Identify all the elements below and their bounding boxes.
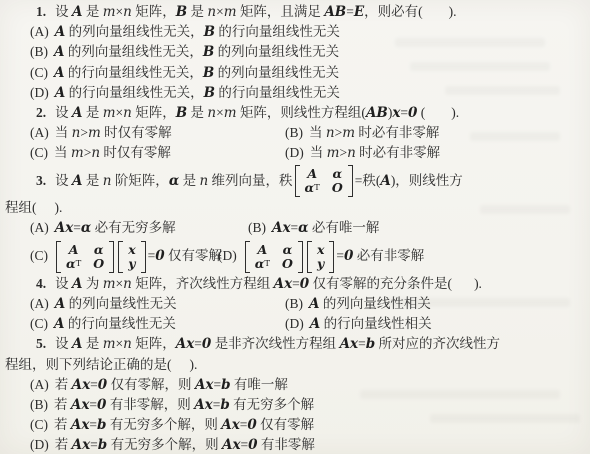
- math-var: n: [199, 173, 208, 189]
- text-run: 是: [179, 173, 199, 188]
- text-run: 必有非零解: [353, 248, 424, 263]
- question-3-stem-continuation: 程组().: [0, 198, 590, 218]
- question-3-option-c: (C)AααTOxy=0 仅有零解: [30, 238, 218, 274]
- math-var: A: [55, 296, 65, 312]
- right-bracket: [348, 165, 353, 197]
- text-run: 有非零解: [258, 437, 315, 452]
- text-run: 矩阵，且满足: [237, 4, 325, 19]
- math-var: m: [224, 4, 237, 20]
- text-run: =: [213, 377, 221, 392]
- matrix: xy: [118, 241, 145, 273]
- text-run: 矩阵，: [132, 105, 176, 120]
- question-1-text: 设 A 是 m×n 矩阵，B 是 n×m 矩阵，且满足 AB=E，则必有().: [55, 4, 456, 19]
- math-var: A: [72, 105, 82, 121]
- math-var: B: [176, 105, 187, 121]
- text-run: 有唯一解: [231, 377, 288, 392]
- math-var: A: [72, 4, 82, 20]
- question-2-option-c: (C)当 m>n 时仅有零解: [30, 143, 285, 163]
- option-d-text: 当 m>n 时必有非零解: [310, 145, 440, 160]
- math-var: m: [342, 125, 355, 141]
- option-a-label: (A): [30, 125, 49, 140]
- right-bracket: [329, 241, 334, 273]
- text-run: 的行向量组线性无关，: [65, 85, 203, 100]
- math-var: Ax: [176, 336, 195, 352]
- text-run: 若: [54, 397, 71, 412]
- right-bracket: [141, 241, 146, 273]
- math-var: n: [123, 276, 132, 292]
- question-2-option-a: (A)当 n>m 时仅有零解: [30, 123, 285, 143]
- text-run: ).: [449, 4, 457, 19]
- text-run: 若: [54, 417, 71, 432]
- question-3-stem: 3.设 A 是 n 阶矩阵，α 是 n 维列向量，秩AααTO=秩(A)，则线性…: [0, 164, 590, 198]
- matrix-cell: y: [128, 257, 135, 271]
- option-c-label: (C): [30, 145, 48, 160]
- option-d-label: (D): [218, 248, 237, 263]
- option-d-text: A 的行向量组线性无关，B 的行向量组线性无关: [55, 85, 340, 100]
- math-var: Ax: [222, 437, 241, 453]
- text-run: 的行向量线性相关: [320, 316, 431, 331]
- matrix-grid: xy: [312, 241, 329, 273]
- math-var: A: [54, 65, 64, 81]
- math-var: Ax: [272, 220, 291, 236]
- text-run: =: [89, 417, 97, 432]
- math-var: n: [207, 4, 216, 20]
- question-4-option-c: (C)A 的行向量线性无关: [30, 314, 285, 334]
- option-c-text: 若 Ax=b 有无穷多个解，则 Ax=0 仅有零解: [54, 417, 314, 432]
- question-4-stem: 4.设 A 为 m×n 矩阵，齐次线性方程组 Ax=0 仅有零解的充分条件是()…: [0, 274, 590, 294]
- text-run: (: [417, 105, 425, 120]
- question-4-option-d: (D)A 的行向量线性相关: [285, 314, 432, 334]
- math-var: A: [309, 296, 319, 312]
- math-var: n: [326, 125, 335, 141]
- question-5-option-d: (D)若 Ax=b 有无穷多个解，则 Ax=0 有非零解: [0, 435, 590, 454]
- question-1-option-a: (A)A 的列向量组线性无关，B 的行向量组线性无关: [0, 22, 590, 42]
- question-5-text: 设 A 是 m×n 矩阵，Ax=0 是非齐次线性方程组 Ax=b 所对应的齐次线…: [55, 336, 500, 351]
- option-a-text: 当 n>m 时仅有零解: [55, 125, 172, 140]
- text-run: ×: [216, 4, 224, 19]
- matrix-grid: xy: [123, 241, 140, 273]
- math-var: m: [103, 4, 116, 20]
- math-var: m: [327, 145, 340, 161]
- text-run: 的列向量线性相关: [319, 296, 430, 311]
- option-d-label: (D): [285, 145, 304, 160]
- math-var: Ax: [55, 220, 74, 236]
- math-var: α: [298, 220, 308, 236]
- text-run: >: [80, 125, 88, 140]
- matrix: AααTO: [245, 241, 303, 273]
- question-4-option-b: (B)A 的列向量线性相关: [285, 294, 431, 314]
- math-var: B: [204, 24, 215, 40]
- option-a-label: (A): [30, 220, 49, 235]
- text-run: 设: [55, 105, 72, 120]
- math-var: Ax: [72, 437, 91, 453]
- text-run: ).: [190, 357, 198, 372]
- option-c-text: A 的行向量组线性无关，B 的列向量组线性无关: [54, 65, 339, 80]
- text-run: 是: [82, 4, 102, 19]
- question-3-number: 3.: [36, 173, 46, 188]
- text-run: 时仅有零解: [101, 125, 172, 140]
- question-3-options-row-ab: (A)Ax=α 必有无穷多解 (B)Ax=α 必有唯一解: [0, 218, 590, 238]
- question-5-number: 5.: [36, 336, 46, 351]
- text-run: 矩阵，齐次线性方程组: [132, 276, 274, 291]
- text-run: 矩阵，: [132, 4, 176, 19]
- question-5-text-continuation: 程组，则下列结论正确的是().: [5, 357, 197, 372]
- question-5-option-c: (C)若 Ax=b 有无穷多个解，则 Ax=0 仅有零解: [0, 415, 590, 435]
- math-var: B: [204, 85, 215, 101]
- text-run: 仅有零解的充分条件是(: [309, 276, 452, 291]
- matrix-cell: A: [66, 243, 81, 257]
- text-run: =: [73, 220, 81, 235]
- option-b-label: (B): [285, 125, 303, 140]
- text-run: =: [400, 105, 408, 120]
- option-b-text: 若 Ax=0 有非零解，则 Ax=b 有无穷多个解: [54, 397, 314, 412]
- text-run: =: [89, 397, 97, 412]
- text-run: 有无穷多个解: [230, 397, 314, 412]
- math-var: n: [207, 105, 216, 121]
- question-4-text: 设 A 为 m×n 矩阵，齐次线性方程组 Ax=0 仅有零解的充分条件是().: [55, 276, 482, 291]
- text-run: =: [358, 336, 366, 351]
- text-run: 是: [82, 105, 102, 120]
- matrix-cell: α: [282, 243, 293, 257]
- text-run: 的列向量组线性无关: [214, 44, 339, 59]
- math-var: Ax: [340, 336, 359, 352]
- math-var: 0: [202, 336, 211, 352]
- matrix-grid: AααTO: [250, 241, 298, 273]
- question-3-option-d: (D)AααTOxy=0 必有非零解: [218, 238, 424, 274]
- question-3-option-b: (B)Ax=α 必有唯一解: [248, 218, 379, 238]
- option-c-label: (C): [30, 316, 48, 331]
- text-run: 若: [55, 377, 72, 392]
- option-c-text: A 的行向量线性无关: [54, 316, 176, 331]
- math-var: E: [354, 4, 364, 20]
- option-c-label: (C): [30, 417, 48, 432]
- option-c-text: 当 m>n 时仅有零解: [54, 145, 171, 160]
- question-2-options-row-cd: (C)当 m>n 时仅有零解 (D)当 m>n 时必有非零解: [0, 143, 590, 163]
- math-var: B: [176, 4, 187, 20]
- text-run: )，则线性方: [391, 173, 463, 188]
- scanned-exam-page: 1.设 A 是 m×n 矩阵，B 是 n×m 矩阵，且满足 AB=E，则必有()…: [0, 0, 590, 454]
- text-run: =: [241, 437, 249, 452]
- math-var: 0: [98, 377, 107, 393]
- matrix-cell: A: [305, 167, 320, 181]
- text-run: 矩阵，: [132, 336, 176, 351]
- math-var: A: [55, 85, 65, 101]
- text-run: 的列向量组线性无关，: [64, 44, 202, 59]
- option-b-text: A 的列向量线性相关: [309, 296, 431, 311]
- question-5-option-b: (B)若 Ax=0 有非零解，则 Ax=b 有无穷多个解: [0, 395, 590, 415]
- question-4-number: 4.: [36, 276, 46, 291]
- math-var: b: [220, 397, 229, 413]
- math-var: Ax: [71, 397, 90, 413]
- text-run: =: [336, 248, 344, 263]
- text-run: =: [291, 220, 299, 235]
- text-run: 设: [55, 276, 72, 291]
- math-var: n: [123, 105, 132, 121]
- matrix-cell: αT: [255, 257, 270, 271]
- text-run: 程组，则下列结论正确的是(: [5, 357, 172, 372]
- text-run: =: [90, 437, 98, 452]
- matrix: xy: [307, 241, 334, 273]
- text-run: 所对应的齐次线性方: [375, 336, 500, 351]
- question-3-text: 设 A 是 n 阶矩阵，α 是 n 维列向量，秩AααTO=秩(A)，则线性方: [55, 173, 463, 188]
- option-a-text: 若 Ax=0 仅有零解，则 Ax=b 有唯一解: [55, 377, 288, 392]
- text-run: 当: [55, 125, 72, 140]
- option-b-text: A 的列向量组线性无关，B 的列向量组线性无关: [54, 44, 339, 59]
- text-run: 有无穷多个解，则: [106, 417, 221, 432]
- matrix-grid: AααTO: [300, 165, 348, 197]
- matrix-cell: O: [282, 257, 293, 271]
- math-var: Ax: [71, 417, 90, 433]
- matrix-cell: O: [332, 181, 343, 195]
- math-var: B: [203, 65, 214, 81]
- math-var: A: [310, 316, 320, 332]
- math-var: A: [55, 24, 65, 40]
- right-bracket: [109, 241, 114, 273]
- math-var: 0: [155, 248, 164, 264]
- math-var: A: [72, 276, 82, 292]
- text-run: 时仅有零解: [100, 145, 171, 160]
- question-3-options-row-cd: (C)AααTOxy=0 仅有零解 (D)AααTOxy=0 必有非零解: [0, 238, 590, 274]
- matrix-grid: AααTO: [61, 241, 109, 273]
- text-run: 是: [187, 4, 207, 19]
- matrix-cell: α: [93, 243, 104, 257]
- math-var: n: [123, 4, 132, 20]
- text-run: 是: [187, 105, 207, 120]
- question-3-text-continuation: 程组().: [5, 200, 62, 215]
- math-var: n: [91, 145, 100, 161]
- text-run: 当: [309, 125, 326, 140]
- question-3-option-a: (A)Ax=α 必有无穷多解: [30, 218, 248, 238]
- text-run: ).: [55, 200, 63, 215]
- option-a-text: A 的列向量组线性无关，B 的行向量组线性无关: [55, 24, 340, 39]
- math-var: AB: [324, 4, 346, 20]
- matrix: AααTO: [56, 241, 114, 273]
- option-d-text: A 的行向量线性相关: [310, 316, 432, 331]
- math-var: A: [54, 316, 64, 332]
- option-c-label: (C): [30, 65, 48, 80]
- math-var: m: [103, 336, 116, 352]
- question-5-stem: 5.设 A 是 m×n 矩阵，Ax=0 是非齐次线性方程组 Ax=b 所对应的齐…: [0, 334, 590, 354]
- question-1-option-c: (C)A 的行向量组线性无关，B 的列向量组线性无关: [0, 63, 590, 83]
- text-run: 仅有零解，则: [107, 377, 195, 392]
- question-5-option-a: (A)若 Ax=0 仅有零解，则 Ax=b 有唯一解: [0, 375, 590, 395]
- text-run: 必有唯一解: [309, 220, 380, 235]
- matrix-cell: αT: [305, 181, 320, 195]
- math-var: b: [366, 336, 375, 352]
- text-run: 设: [55, 173, 72, 188]
- matrix-cell: αT: [66, 257, 81, 271]
- matrix-cell: y: [317, 257, 324, 271]
- math-var: 0: [248, 437, 257, 453]
- option-a-text: A 的列向量线性无关: [55, 296, 177, 311]
- text-run: 仅有零解: [257, 417, 314, 432]
- question-2-number: 2.: [36, 105, 46, 120]
- text-run: 矩阵，则线性方程组(: [237, 105, 366, 120]
- option-d-label: (D): [30, 437, 49, 452]
- math-var: Ax: [274, 276, 293, 292]
- matrix-cell: α: [332, 167, 343, 181]
- text-run: 是非齐次线性方程组: [211, 336, 339, 351]
- math-var: m: [103, 276, 116, 292]
- option-b-label: (B): [285, 296, 303, 311]
- text-run: 设: [55, 336, 72, 351]
- text-run: 当: [54, 145, 71, 160]
- math-var: α: [81, 220, 91, 236]
- math-var: Ax: [195, 377, 214, 393]
- text-run: 的列向量组线性无关: [214, 65, 339, 80]
- math-var: b: [98, 437, 107, 453]
- option-b-label: (B): [248, 220, 266, 235]
- text-run: 设: [55, 4, 72, 19]
- text-run: 是: [82, 336, 102, 351]
- text-run: 必有无穷多解: [91, 220, 175, 235]
- text-run: 有非零解，则: [106, 397, 194, 412]
- question-1-stem: 1.设 A 是 m×n 矩阵，B 是 n×m 矩阵，且满足 AB=E，则必有()…: [0, 2, 590, 22]
- matrix-cell: O: [93, 257, 104, 271]
- option-a-label: (A): [30, 296, 49, 311]
- text-run: >: [339, 145, 347, 160]
- text-run: =秩(: [355, 173, 381, 188]
- text-run: 是: [82, 173, 102, 188]
- math-var: 0: [247, 417, 256, 433]
- question-4-options-row-ab: (A)A 的列向量线性无关 (B)A 的列向量线性相关: [0, 294, 590, 314]
- matrix-cell: A: [255, 243, 270, 257]
- math-var: n: [347, 145, 356, 161]
- text-run: 的行向量组线性无关，: [64, 65, 202, 80]
- math-var: n: [123, 336, 132, 352]
- text-run: 当: [310, 145, 327, 160]
- question-2-option-b: (B)当 n>m 时必有非零解: [285, 123, 439, 143]
- question-2-stem: 2.设 A 是 m×n 矩阵，B 是 n×m 矩阵，则线性方程组(AB)x=0 …: [0, 103, 590, 123]
- text-run: =: [292, 276, 300, 291]
- option-c-text: AααTOxy=0 仅有零解: [54, 248, 222, 263]
- option-a-label: (A): [30, 24, 49, 39]
- math-var: m: [88, 125, 101, 141]
- text-run: =: [90, 377, 98, 392]
- right-bracket: [298, 241, 303, 273]
- option-b-text: 当 n>m 时必有非零解: [309, 125, 439, 140]
- option-d-text: AααTOxy=0 必有非零解: [243, 248, 425, 263]
- text-run: 维列向量，秩: [208, 173, 292, 188]
- math-var: AB: [366, 105, 388, 121]
- text-run: 的列向量线性无关: [65, 296, 176, 311]
- option-b-label: (B): [30, 44, 48, 59]
- text-run: 仅有零解: [165, 248, 222, 263]
- question-5-stem-continuation: 程组，则下列结论正确的是().: [0, 355, 590, 375]
- text-run: 时必有非零解: [356, 145, 440, 160]
- text-run: 时必有非零解: [355, 125, 439, 140]
- text-run: ).: [474, 276, 482, 291]
- question-1-number: 1.: [36, 4, 46, 19]
- option-a-label: (A): [30, 377, 49, 392]
- math-var: 0: [300, 276, 309, 292]
- math-var: A: [54, 44, 64, 60]
- question-4-option-a: (A)A 的列向量线性无关: [30, 294, 285, 314]
- math-var: A: [380, 173, 390, 189]
- question-2-text: 设 A 是 m×n 矩阵，B 是 n×m 矩阵，则线性方程组(AB)x=0 ()…: [55, 105, 459, 120]
- math-var: m: [224, 105, 237, 121]
- matrix-cell: x: [128, 243, 135, 257]
- math-var: m: [71, 145, 84, 161]
- text-run: 若: [55, 437, 72, 452]
- question-1-option-d: (D)A 的行向量组线性无关，B 的行向量组线性无关: [0, 83, 590, 103]
- math-var: m: [103, 105, 116, 121]
- text-run: 的列向量组线性无关，: [65, 24, 203, 39]
- option-c-label: (C): [30, 248, 48, 263]
- question-2-option-d: (D)当 m>n 时必有非零解: [285, 143, 440, 163]
- text-run: 程组(: [5, 200, 37, 215]
- math-var: 0: [344, 248, 353, 264]
- text-run: =: [194, 336, 202, 351]
- question-4-options-row-cd: (C)A 的行向量线性无关 (D)A 的行向量线性相关: [0, 314, 590, 334]
- math-var: 0: [408, 105, 417, 121]
- text-run: 的行向量组线性无关: [215, 24, 340, 39]
- math-var: A: [72, 173, 82, 189]
- option-b-label: (B): [30, 397, 48, 412]
- option-d-label: (D): [285, 316, 304, 331]
- option-b-text: Ax=α 必有唯一解: [272, 220, 379, 235]
- text-run: 有无穷多个解，则: [107, 437, 222, 452]
- math-var: α: [169, 173, 179, 189]
- math-var: b: [221, 377, 230, 393]
- math-var: Ax: [72, 377, 91, 393]
- text-run: ).: [451, 105, 459, 120]
- text-run: 的行向量线性无关: [64, 316, 175, 331]
- matrix-cell: x: [317, 243, 324, 257]
- text-run: ，则必有(: [364, 4, 423, 19]
- text-run: 阶矩阵，: [111, 173, 168, 188]
- text-run: 的行向量组线性无关: [215, 85, 340, 100]
- option-d-label: (D): [30, 85, 49, 100]
- matrix: AααTO: [295, 165, 353, 197]
- text-run: ×: [216, 105, 224, 120]
- option-d-text: 若 Ax=b 有无穷多个解，则 Ax=0 有非零解: [55, 437, 315, 452]
- math-var: Ax: [194, 397, 213, 413]
- math-var: B: [203, 44, 214, 60]
- page-content: 1.设 A 是 m×n 矩阵，B 是 n×m 矩阵，且满足 AB=E，则必有()…: [0, 0, 590, 454]
- text-run: =: [346, 4, 354, 19]
- question-2-options-row-ab: (A)当 n>m 时仅有零解 (B)当 n>m 时必有非零解: [0, 123, 590, 143]
- option-a-text: Ax=α 必有无穷多解: [55, 220, 176, 235]
- question-1-option-b: (B)A 的列向量组线性无关，B 的列向量组线性无关: [0, 42, 590, 62]
- math-var: A: [72, 336, 82, 352]
- math-var: Ax: [221, 417, 240, 433]
- text-run: 为: [82, 276, 102, 291]
